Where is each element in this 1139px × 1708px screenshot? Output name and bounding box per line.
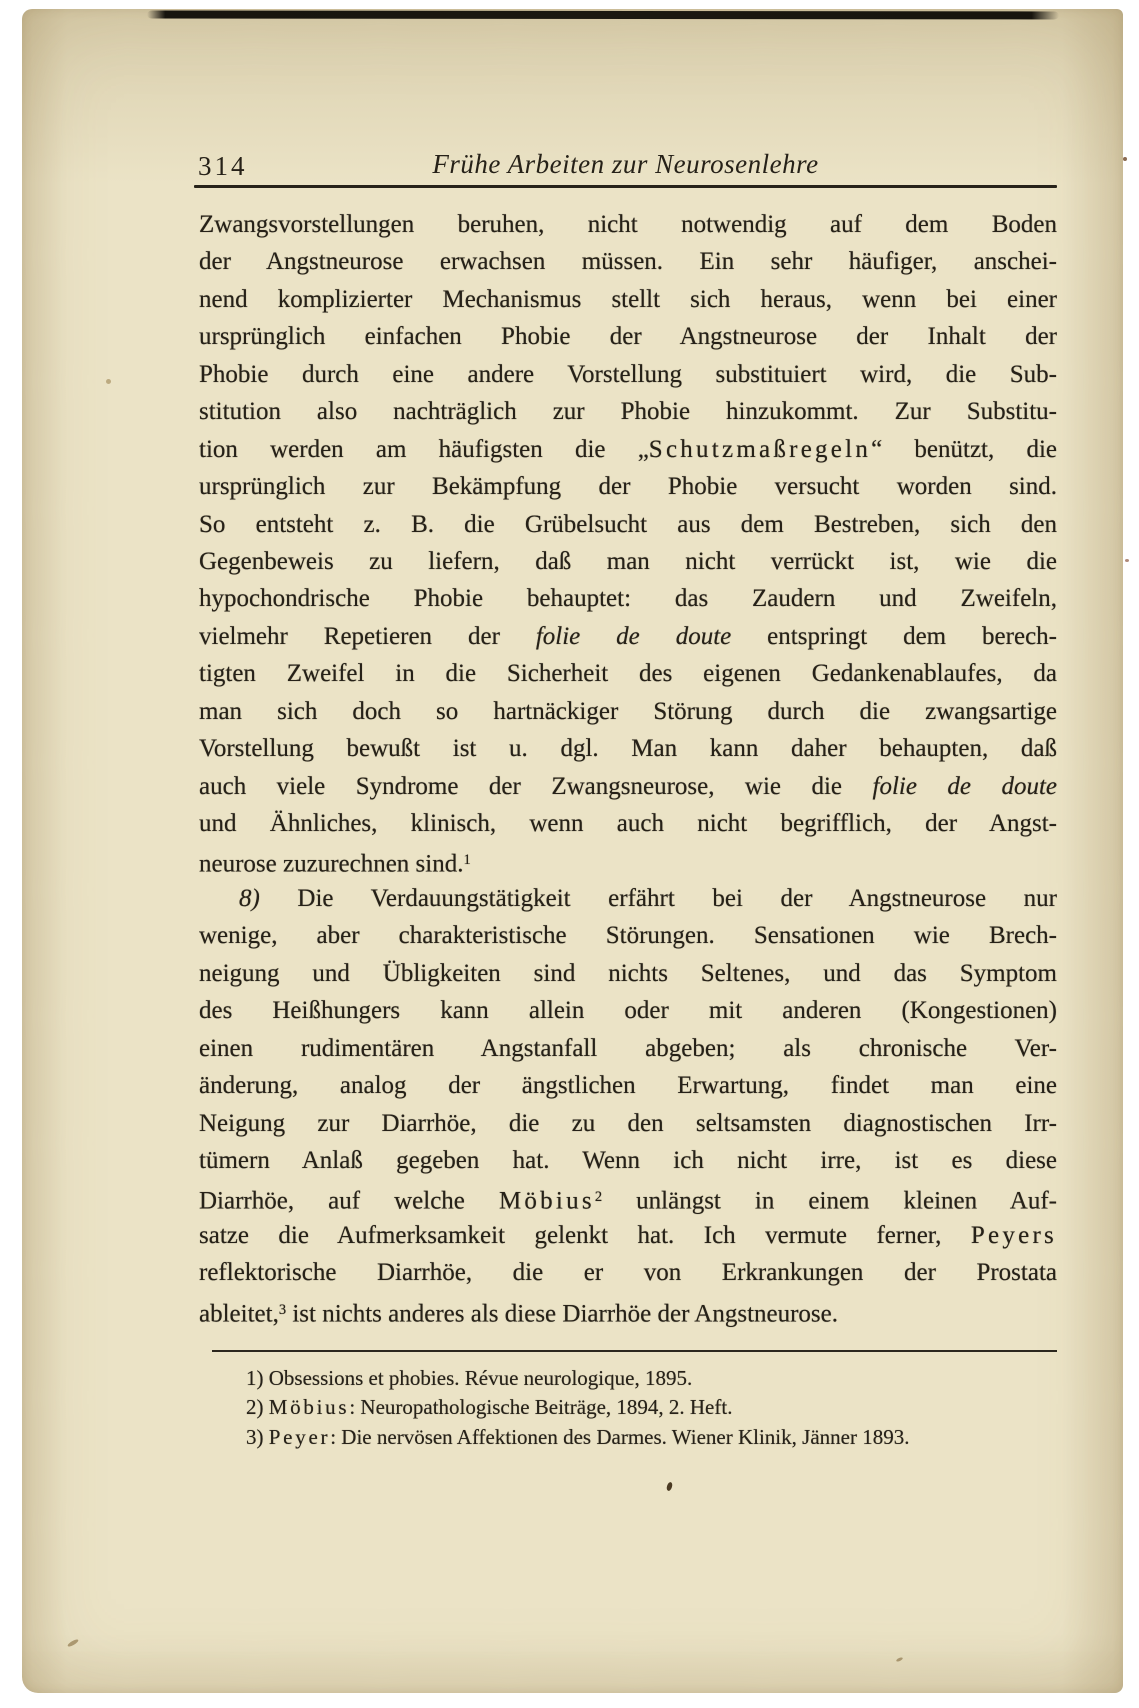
page-header: 314 Frühe Arbeiten zur Neurosenlehre bbox=[194, 149, 1057, 185]
body-line: hypochondrische Phobie behauptet: das Za… bbox=[199, 580, 1057, 617]
footnote-line: 3) Peyer: Die nervösen Affektionen des D… bbox=[246, 1423, 1058, 1452]
body-line: änderung, analog der ängstlichen Erwartu… bbox=[199, 1067, 1057, 1104]
body-line: neurose zuzurechnen sind.1 bbox=[199, 842, 1057, 879]
text-segment: ist nichts anderes als diese Diarrhöe de… bbox=[286, 1300, 838, 1327]
text-segment: Gegenbeweis zu liefern, daß man nicht ve… bbox=[199, 548, 1057, 575]
text-segment: 2) bbox=[246, 1395, 269, 1419]
text-segment: Die Verdauungstätigkeit erfährt bei der … bbox=[260, 885, 1057, 912]
body-line: Diarrhöe, auf welche Möbius2 unlängst in… bbox=[199, 1179, 1057, 1216]
text-segment: : Die nervösen Affektionen des Darmes. W… bbox=[330, 1425, 909, 1449]
text-segment: neurose zuzurechnen sind. bbox=[199, 851, 463, 878]
text-segment: Zwangsvorstellungen beruhen, nicht notwe… bbox=[199, 211, 1057, 238]
body-line: So entsteht z. B. die Grübelsucht aus de… bbox=[199, 506, 1057, 543]
body-line: tion werden am häufigsten die „Schutzmaß… bbox=[199, 431, 1057, 468]
running-title: Frühe Arbeiten zur Neurosenlehre bbox=[194, 149, 1057, 180]
text-segment: satze die Aufmerksamkeit gelenkt hat. Ic… bbox=[199, 1222, 971, 1249]
body-line: vielmehr Repetieren der folie de doute e… bbox=[199, 618, 1057, 655]
text-segment: tigten Zweifel in die Sicherheit des eig… bbox=[199, 660, 1057, 687]
header-rule bbox=[194, 185, 1057, 188]
footnote-line: 1) Obsessions et phobies. Révue neurolog… bbox=[246, 1364, 1058, 1393]
text-segment: Phobie durch eine andere Vorstellung sub… bbox=[199, 361, 1057, 388]
body-line: tümern Anlaß gegeben hat. Wenn ich nicht… bbox=[199, 1142, 1057, 1179]
body-line: Gegenbeweis zu liefern, daß man nicht ve… bbox=[199, 543, 1057, 580]
body-line: tigten Zweifel in die Sicherheit des eig… bbox=[199, 655, 1057, 692]
body-line: einen rudimentären Angstanfall abgeben; … bbox=[199, 1030, 1057, 1067]
text-segment: folie de doute bbox=[536, 623, 731, 650]
paper-speck bbox=[1125, 559, 1129, 562]
text-segment: ursprünglich zur Bekämpfung der Phobie v… bbox=[199, 473, 1057, 500]
text-segment: des Heißhungers kann allein oder mit and… bbox=[199, 997, 1057, 1024]
paper-speck bbox=[67, 1638, 79, 1647]
body-line: 8) Die Verdauungstätigkeit erfährt bei d… bbox=[199, 880, 1057, 917]
footnote-marker: 1 bbox=[463, 852, 470, 868]
body-line: satze die Aufmerksamkeit gelenkt hat. Ic… bbox=[199, 1217, 1057, 1254]
text-segment: tion werden am häufigsten die „ bbox=[199, 436, 649, 463]
body-line: reflektorische Diarrhöe, die er von Erkr… bbox=[199, 1254, 1057, 1291]
text-segment: Peyer bbox=[269, 1425, 330, 1449]
body-line: man sich doch so hartnäckiger Störung du… bbox=[199, 693, 1057, 730]
text-segment: ableitet, bbox=[199, 1300, 279, 1327]
body-line: stitution also nachträglich zur Phobie h… bbox=[199, 393, 1057, 430]
text-segment: unlängst in einem kleinen Auf- bbox=[602, 1188, 1057, 1215]
text-segment: 1) Obsessions et phobies. Révue neurolog… bbox=[246, 1366, 692, 1390]
text-segment: Schutzmaßregeln bbox=[649, 436, 871, 463]
body-line: der Angstneurose erwachsen müssen. Ein s… bbox=[199, 243, 1057, 280]
text-segment: neigung und Übligkeiten sind nichts Selt… bbox=[199, 960, 1057, 987]
body-line: Neigung zur Diarrhöe, die zu den seltsam… bbox=[199, 1105, 1057, 1142]
text-segment: man sich doch so hartnäckiger Störung du… bbox=[199, 698, 1057, 725]
footnote-rule bbox=[212, 1350, 1057, 1352]
text-segment: hypochondrische Phobie behauptet: das Za… bbox=[199, 585, 1057, 612]
text-segment: Peyers bbox=[971, 1222, 1057, 1249]
text-segment: einen rudimentären Angstanfall abgeben; … bbox=[199, 1035, 1057, 1062]
body-line: auch viele Syndrome der Zwangsneurose, w… bbox=[199, 768, 1057, 805]
body-line: Vorstellung bewußt ist u. dgl. Man kann … bbox=[199, 730, 1057, 767]
text-segment: Möbius bbox=[269, 1395, 350, 1419]
text-segment: nend komplizierter Mechanismus stellt si… bbox=[199, 286, 1057, 313]
text-segment: Neigung zur Diarrhöe, die zu den seltsam… bbox=[199, 1110, 1057, 1137]
text-segment: vielmehr Repetieren der bbox=[199, 623, 536, 650]
text-segment: der Angstneurose erwachsen müssen. Ein s… bbox=[199, 248, 1057, 275]
text-segment: und Ähnliches, klinisch, wenn auch nicht… bbox=[199, 810, 1057, 837]
text-segment: 8) bbox=[239, 885, 260, 912]
paper-speck bbox=[1123, 157, 1127, 161]
footnote-line: 2) Möbius: Neuropathologische Beiträge, … bbox=[246, 1393, 1058, 1422]
body-line: ursprünglich zur Bekämpfung der Phobie v… bbox=[199, 468, 1057, 505]
body-line: neigung und Übligkeiten sind nichts Selt… bbox=[199, 955, 1057, 992]
text-segment: entspringt dem berech- bbox=[731, 623, 1057, 650]
body-text: Zwangsvorstellungen beruhen, nicht notwe… bbox=[199, 206, 1057, 1329]
text-segment: stitution also nachträglich zur Phobie h… bbox=[199, 398, 1057, 425]
footnote-marker: 3 bbox=[279, 1302, 286, 1318]
text-segment: So entsteht z. B. die Grübelsucht aus de… bbox=[199, 511, 1057, 538]
book-page-scan: 314 Frühe Arbeiten zur Neurosenlehre Zwa… bbox=[22, 9, 1123, 1693]
text-segment: : Neuropathologische Beiträge, 1894, 2. … bbox=[349, 1395, 732, 1419]
text-segment: auch viele Syndrome der Zwangsneurose, w… bbox=[199, 773, 873, 800]
body-line: des Heißhungers kann allein oder mit and… bbox=[199, 992, 1057, 1029]
text-segment: Möbius bbox=[499, 1188, 595, 1215]
text-segment: “ benützt, die bbox=[871, 436, 1057, 463]
body-line: ableitet,3 ist nichts anderes als diese … bbox=[199, 1292, 1057, 1329]
text-segment: änderung, analog der ängstlichen Erwartu… bbox=[199, 1072, 1057, 1099]
paper-speck bbox=[106, 379, 111, 384]
body-line: nend komplizierter Mechanismus stellt si… bbox=[199, 281, 1057, 318]
text-segment: Diarrhöe, auf welche bbox=[199, 1188, 499, 1215]
text-segment: 3) bbox=[246, 1425, 269, 1449]
body-line: Phobie durch eine andere Vorstellung sub… bbox=[199, 356, 1057, 393]
text-segment: wenige, aber charakteristische Störungen… bbox=[199, 922, 1057, 949]
text-segment: Vorstellung bewußt ist u. dgl. Man kann … bbox=[199, 735, 1057, 762]
text-segment: reflektorische Diarrhöe, die er von Erkr… bbox=[199, 1259, 1057, 1286]
paper-speck bbox=[666, 1481, 674, 1491]
body-line: und Ähnliches, klinisch, wenn auch nicht… bbox=[199, 805, 1057, 842]
body-line: ursprünglich einfachen Phobie der Angstn… bbox=[199, 318, 1057, 355]
text-segment: ursprünglich einfachen Phobie der Angstn… bbox=[199, 323, 1057, 350]
text-segment: tümern Anlaß gegeben hat. Wenn ich nicht… bbox=[199, 1147, 1057, 1174]
text-segment: folie de doute bbox=[873, 773, 1058, 800]
paper-speck bbox=[896, 1657, 904, 1663]
body-line: wenige, aber charakteristische Störungen… bbox=[199, 917, 1057, 954]
scan-edge-shadow bbox=[147, 11, 1059, 20]
footnotes: 1) Obsessions et phobies. Révue neurolog… bbox=[246, 1364, 1058, 1452]
body-line: Zwangsvorstellungen beruhen, nicht notwe… bbox=[199, 206, 1057, 243]
